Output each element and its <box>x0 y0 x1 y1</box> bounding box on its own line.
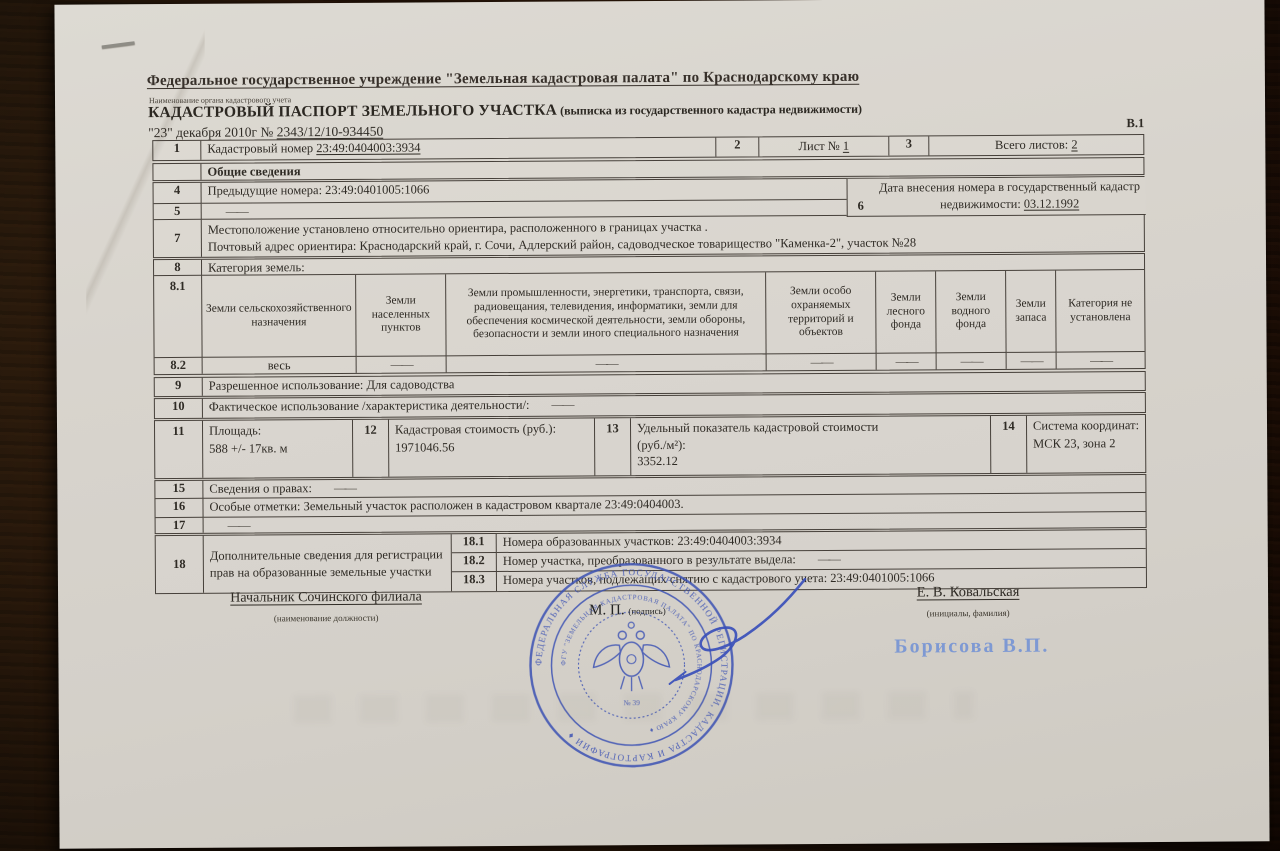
location-cell: Местоположение установлено относительно … <box>202 214 1144 257</box>
cadastral-number-value: 23:49:0404003:3934 <box>316 140 420 155</box>
document-title-main: КАДАСТРОВЫЙ ПАСПОРТ ЗЕМЕЛЬНОГО УЧАСТКА <box>148 102 557 121</box>
pen-signature <box>573 575 824 707</box>
row5-dash: —— <box>226 205 247 219</box>
category-val-not-set: —— <box>1057 352 1145 369</box>
sheet-label: Лист № <box>798 139 842 153</box>
row7-index: 7 <box>154 220 202 257</box>
registration-date-text: Дата внесения номера в государственный к… <box>874 177 1146 216</box>
row1-index-2: 2 <box>716 137 759 156</box>
registration-date-cell: 6 Дата внесения номера в государственный… <box>847 177 1146 217</box>
category-col-agriculture: Земли сельскохозяйственного назначения <box>202 275 356 358</box>
specific-value-cell: Удельный показатель кадастровой стоимост… <box>631 416 991 475</box>
additional-info-label: Дополнительные сведения для регистрации … <box>204 534 452 593</box>
ink-bleed-through <box>294 691 974 723</box>
registration-date-label: Дата внесения номера в государственный к… <box>879 179 1140 211</box>
cadastral-value-amount: 1971046.56 <box>395 438 588 457</box>
row6-index: 6 <box>848 179 874 216</box>
row18-index: 18 <box>156 536 204 593</box>
row16-index: 16 <box>155 499 203 518</box>
staple <box>102 41 135 48</box>
registration-date-value: 03.12.1992 <box>1024 196 1079 210</box>
category-col-industry: Земли промышленности, энергетики, трансп… <box>446 272 766 356</box>
coordinate-system-label: Система координат: <box>1033 417 1139 435</box>
position-caption: (наименование должности) <box>221 612 431 623</box>
row12-index: 12 <box>353 420 389 477</box>
cadastral-number-label: Кадастровый номер <box>207 141 316 156</box>
document-title-suffix: (выписка из государственного кадастра не… <box>557 102 862 118</box>
rights-dash: —— <box>334 481 355 495</box>
row4-index: 4 <box>154 183 202 204</box>
rows-4-to-7: 4 Предыдущие номера: 23:49:0401005:1066 … <box>153 176 1145 258</box>
sheet-value: 1 <box>843 139 849 153</box>
row8-index: 8 <box>154 260 202 276</box>
sheet-number-cell: Лист № 1 <box>759 137 889 157</box>
photo-background: Федеральное государственное учреждение "… <box>0 0 1280 851</box>
category-col-settlements: Земли населенных пунктов <box>356 274 446 357</box>
row17-index: 17 <box>156 518 204 533</box>
document-paper: Федеральное государственное учреждение "… <box>54 0 1269 849</box>
facsimile-name-stamp: Борисова В.П. <box>894 635 1049 659</box>
signer-block: Е. В. Ковальская (инициалы, фамилия) <box>863 583 1073 618</box>
actual-use-text: Фактическое использование /характеристик… <box>209 398 530 414</box>
category-col-water: Земли водного фонда <box>936 271 1006 353</box>
coordinate-system-value: МСК 23, зона 2 <box>1033 435 1139 453</box>
row13-index: 13 <box>595 418 631 475</box>
category-val-forest: —— <box>877 353 937 369</box>
row1-index: 1 <box>153 141 201 160</box>
signer-caption: (инициалы, фамилия) <box>863 607 1073 618</box>
row18-1-index: 18.1 <box>452 534 497 553</box>
rows-area-and-value: 11 Площадь: 588 +/- 17кв. м 12 Кадастров… <box>154 414 1146 479</box>
general-info-index <box>153 164 201 180</box>
category-col-not-set: Категория не установлена <box>1056 270 1144 353</box>
signer-name: Е. В. Ковальская <box>863 583 1073 601</box>
rows-rights-and-notes: 15 Сведения о правах:—— 16 Особые отметк… <box>154 474 1146 534</box>
position-block: Начальник Сочинского филиала (наименован… <box>221 589 431 623</box>
rights-text: Сведения о правах: <box>209 481 312 496</box>
transformed-parcel-dash: —— <box>818 552 839 566</box>
row18-3-index: 18.3 <box>452 572 497 591</box>
row14-index: 14 <box>991 416 1027 473</box>
category-val-protected: —— <box>767 354 877 371</box>
org-name-line: Федеральное государственное учреждение "… <box>147 69 859 90</box>
category-col-forest: Земли лесного фонда <box>876 271 936 353</box>
area-cell: Площадь: 588 +/- 17кв. м <box>203 420 353 478</box>
category-val-agriculture: весь <box>203 357 357 374</box>
specific-value-amount: 3352.12 <box>637 451 984 470</box>
area-value: 588 +/- 17кв. м <box>209 439 346 457</box>
coordinate-system-cell: Система координат: МСК 23, зона 2 <box>1027 415 1145 473</box>
row10-index: 10 <box>155 399 203 418</box>
formed-parcels-text: Номера образованных участков: 23:49:0404… <box>503 533 782 549</box>
row8-1-index: 8.1 <box>154 276 203 358</box>
category-val-water: —— <box>937 353 1007 369</box>
row18-2-index: 18.2 <box>452 553 497 572</box>
row9-index: 9 <box>155 378 203 396</box>
cadastral-number-cell: Кадастровый номер 23:49:0404003:3934 <box>201 138 716 160</box>
specific-value-unit: (руб./м²): <box>637 435 984 454</box>
category-col-protected: Земли особо охраняемых территорий и объе… <box>766 272 876 355</box>
total-sheets-label: Всего листов: <box>995 137 1071 151</box>
category-val-reserve: —— <box>1007 353 1057 369</box>
row11-index: 11 <box>155 421 203 478</box>
row8-2-index: 8.2 <box>155 358 203 374</box>
total-sheets-value: 2 <box>1071 137 1077 151</box>
cadastral-table: 1 Кадастровый номер 23:49:0404003:3934 2… <box>152 134 1147 594</box>
row5-index: 5 <box>154 204 202 220</box>
area-label: Площадь: <box>209 422 346 440</box>
category-col-reserve: Земли запаса <box>1006 271 1057 353</box>
cadastral-value-label: Кадастровая стоимость (руб.): <box>395 420 588 439</box>
cadastral-value-cell: Кадастровая стоимость (руб.): 1971046.56 <box>389 418 595 476</box>
specific-value-label: Удельный показатель кадастровой стоимост… <box>637 418 984 437</box>
position-title: Начальник Сочинского филиала <box>221 589 431 606</box>
category-val-industry: —— <box>447 354 767 372</box>
total-sheets-cell: Всего листов: 2 <box>929 135 1143 155</box>
row17-dash: —— <box>228 519 249 533</box>
row1-index-3: 3 <box>889 136 929 155</box>
row15-index: 15 <box>155 481 203 499</box>
actual-use-dash: —— <box>551 398 572 412</box>
rows-land-category: 8 Категория земель: 8.1 Земли сельскохоз… <box>153 253 1146 375</box>
category-val-settlements: —— <box>357 356 447 373</box>
